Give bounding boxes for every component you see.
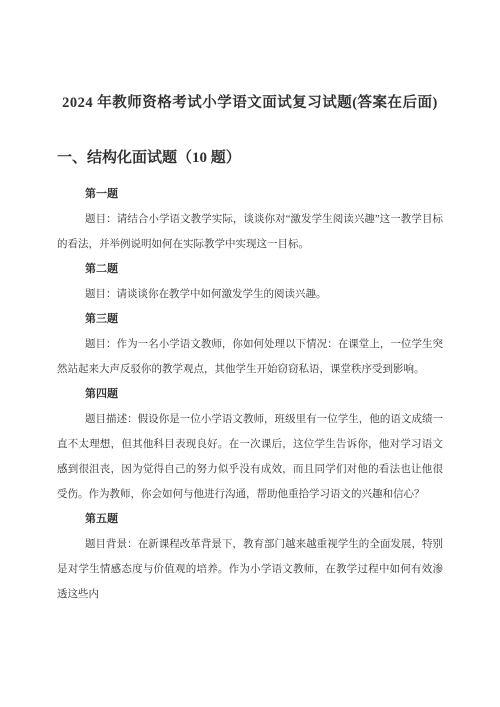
- question-text: 题目：作为一名小学语文教师，你如何处理以下情况：在课堂上，一位学生突然站起来大声…: [57, 332, 443, 382]
- question-label: 第三题: [57, 307, 443, 332]
- question-label: 第五题: [57, 507, 443, 532]
- question-text: 题目：请谈谈你在教学中如何激发学生的阅读兴趣。: [57, 282, 443, 307]
- document-page: 2024 年教师资格考试小学语文面试复习试题(答案在后面) 一、结构化面试题（1…: [0, 0, 500, 707]
- question-block: 第五题 题目背景：在新课程改革背景下，教育部门越来越重视学生的全面发展，特别是对…: [57, 507, 443, 607]
- question-label: 第一题: [57, 182, 443, 207]
- section-heading: 一、结构化面试题（10 题）: [57, 148, 443, 168]
- document-title: 2024 年教师资格考试小学语文面试复习试题(答案在后面): [57, 84, 443, 122]
- question-text: 题目描述：假设你是一位小学语文教师，班级里有一位学生，他的语文成绩一直不太理想，…: [57, 407, 443, 507]
- question-block: 第三题 题目：作为一名小学语文教师，你如何处理以下情况：在课堂上，一位学生突然站…: [57, 307, 443, 382]
- question-text: 题目：请结合小学语文教学实际，谈谈你对“激发学生阅读兴趣”这一教学目标的看法，并…: [57, 207, 443, 257]
- question-block: 第一题 题目：请结合小学语文教学实际，谈谈你对“激发学生阅读兴趣”这一教学目标的…: [57, 182, 443, 257]
- question-block: 第四题 题目描述：假设你是一位小学语文教师，班级里有一位学生，他的语文成绩一直不…: [57, 382, 443, 507]
- question-block: 第二题 题目：请谈谈你在教学中如何激发学生的阅读兴趣。: [57, 257, 443, 307]
- question-label: 第二题: [57, 257, 443, 282]
- question-label: 第四题: [57, 382, 443, 407]
- question-text: 题目背景：在新课程改革背景下，教育部门越来越重视学生的全面发展，特别是对学生情感…: [57, 532, 443, 607]
